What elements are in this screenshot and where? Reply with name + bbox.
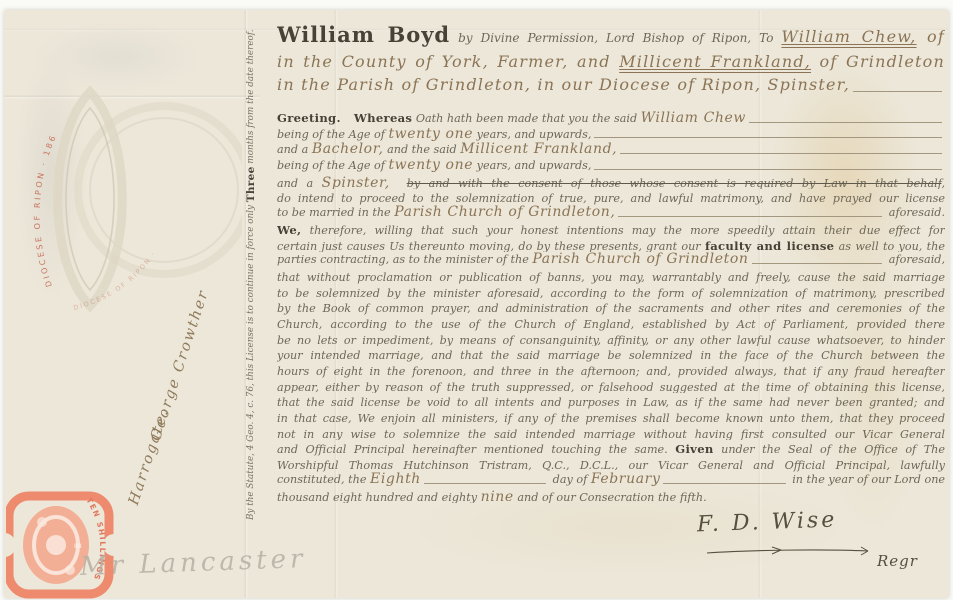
document-line: thousand eight hundred and eighty nine a… (277, 488, 945, 504)
printed-text: aforesaid, (885, 252, 945, 268)
scanned-marriage-license: { "document_type": "Marriage License", "… (0, 0, 953, 600)
blackletter-text: faculty and license (705, 239, 834, 253)
printed-text: therefore, willing that such your honest… (301, 224, 945, 237)
printed-text: parties contracting, as to the minister … (277, 252, 532, 268)
printed-text: thousand eight hundred and eighty (277, 491, 481, 504)
printed-text: months from the date thereof. (246, 29, 256, 166)
handwritten-text: Parish Church of Grindleton, (394, 205, 615, 221)
blackletter-text: We, (277, 223, 301, 237)
document-line: William Boyd by Divine Permission, Lord … (277, 20, 945, 50)
printed-text: years, and upwards, (473, 127, 591, 143)
handwritten-text: Parish Church of Grindleton (532, 252, 748, 268)
printed-text: by and with the consent of those whose c… (407, 177, 942, 190)
printed-text: that the said license be void to all int… (277, 396, 945, 409)
printed-text: years, and upwards, (473, 158, 591, 174)
printed-text: under the Seal of the Office of The (714, 443, 945, 456)
document-line: to be solemnized by the minister aforesa… (277, 284, 945, 300)
printed-text: and a (277, 142, 312, 158)
fill-rule (663, 483, 785, 484)
printed-text: aforesaid. (885, 205, 945, 221)
printed-text: and the said (384, 142, 461, 158)
document-line: parties contracting, as to the minister … (277, 252, 945, 268)
printed-text: Oath hath been made that you the said (412, 111, 640, 127)
fill-rule (594, 137, 942, 138)
document-line: being of the Age of twenty one years, an… (277, 158, 945, 174)
document-line: We, therefore, willing that such your ho… (277, 221, 945, 237)
document-line: by the Book of common prayer, and admini… (277, 299, 945, 315)
handwritten-text: February (591, 472, 661, 488)
fill-rule (618, 216, 882, 217)
document-header: William Boyd by Divine Permission, Lord … (277, 20, 945, 96)
handwritten-text: Bachelor, (312, 142, 384, 158)
document-line: and a Bachelor, and the said Millicent F… (277, 142, 945, 158)
blackletter-text: William Boyd (277, 22, 450, 47)
printed-text: hours of eight in the forenoon, and thre… (277, 365, 945, 378)
document-line: hours of eight in the forenoon, and thre… (277, 362, 945, 378)
document-main: William Boyd by Divine Permission, Lord … (277, 20, 945, 503)
printed-text: to be married in the (277, 205, 394, 221)
printed-text: and Official Principal hereinafter menti… (277, 443, 675, 456)
document-line: and a Spinster, by and with the consent … (277, 174, 945, 190)
registrar-signature: F. D. Wise (697, 504, 950, 538)
printed-text: and a (277, 177, 322, 190)
printed-text: , (941, 177, 945, 190)
printed-text: by the Book of common prayer, and admini… (277, 302, 945, 315)
printed-text: Worshipful Thomas Hutchinson Tristram, Q… (277, 459, 945, 472)
printed-text: by Divine Permission, Lord Bishop of Rip… (450, 31, 781, 45)
document-line: that without proclamation or publication… (277, 268, 945, 284)
registrar-title: Regr (877, 552, 918, 570)
rotated-owner-town: Harrogate. (126, 406, 172, 507)
signature-flourish (703, 544, 878, 558)
document-line: do intend to proceed to the solemnizatio… (277, 189, 945, 205)
handwritten-text: in the County of York, Farmer, and (277, 52, 619, 71)
document-line: and Official Principal hereinafter menti… (277, 440, 945, 456)
printed-text: being of the Age of (277, 127, 388, 143)
document-line: your intended marriage, and that the sai… (277, 346, 945, 362)
printed-text: do intend to proceed to the solemnizatio… (277, 192, 945, 205)
document-line: certain just causes Us thereunto moving,… (277, 237, 945, 253)
registrar-signature-block: F. D. Wise Regr (659, 508, 949, 592)
printed-text: Church, according to the use of the Chur… (277, 318, 945, 331)
printed-text: be no lets or impediment, by means of co… (277, 334, 945, 347)
printed-text: in that case, We enjoin all ministers, i… (277, 412, 945, 425)
printed-text: appear, either by reason of the truth su… (277, 381, 945, 394)
document-line: Church, according to the use of the Chur… (277, 315, 945, 331)
fill-rule (749, 122, 942, 123)
printed-text: and of our Consecration the fifth. (514, 491, 707, 504)
printed-text: day of (549, 472, 591, 488)
document-line: not in any wise to solemnize the said in… (277, 425, 945, 441)
printed-text: constituted, the (277, 472, 370, 488)
stamp-dot (37, 517, 47, 527)
handwritten-text: of Grindleton (811, 52, 945, 71)
document-line: Worshipful Thomas Hutchinson Tristram, Q… (277, 456, 945, 472)
handwritten-text: twenty one (388, 158, 473, 174)
printed-text: certain just causes Us thereunto moving,… (277, 240, 705, 253)
handwritten-text: William Chew, (781, 27, 916, 46)
statute-margin-note: By the Statute, 4 Geo. 4, c. 76, this Li… (241, 18, 256, 520)
stamp-ornament-core (46, 535, 66, 555)
license-document: DIOCESE OF RIPON · 186 DIOCESE OF RIPON … (4, 10, 949, 598)
ten-shillings-revenue-stamp: TEN SHILLINGS 88 (6, 490, 118, 600)
handwritten-text: in the Parish of Grindleton, in our Dioc… (277, 73, 850, 96)
fill-rule (853, 91, 942, 92)
handwritten-text: Eighth (370, 472, 421, 488)
stamp-number: 88 (74, 543, 82, 550)
document-body: Greeting. Whereas Oath hath been made th… (277, 111, 945, 503)
handwritten-text: Millicent Frankland, (460, 142, 617, 158)
document-line: Greeting. Whereas Oath hath been made th… (277, 111, 945, 127)
handwritten-text: Spinster, (322, 175, 390, 190)
handwritten-text: nine (481, 489, 514, 504)
printed-text: in the year of our Lord one (789, 472, 945, 488)
document-line: constituted, the Eighth day of February … (277, 472, 945, 488)
fill-rule (594, 169, 942, 170)
document-line: that the said license be void to all int… (277, 393, 945, 409)
printed-text: your intended marriage, and that the sai… (277, 349, 945, 362)
document-line: be no lets or impediment, by means of co… (277, 331, 945, 347)
handwritten-text: twenty one (388, 127, 473, 143)
document-line: to be married in the Parish Church of Gr… (277, 205, 945, 221)
document-line: in the County of York, Farmer, and Milli… (277, 50, 945, 73)
document-line: in the Parish of Grindleton, in our Dioc… (277, 73, 945, 96)
document-line: being of the Age of twenty one years, an… (277, 127, 945, 143)
printed-text (390, 177, 407, 190)
document-line: in that case, We enjoin all ministers, i… (277, 409, 945, 425)
blackletter-text: Whereas (354, 111, 412, 127)
printed-text: being of the Age of (277, 158, 388, 174)
fill-rule (424, 483, 546, 484)
blackletter-text: Given (675, 442, 713, 456)
fill-rule (620, 153, 942, 154)
stamp-notch-left (6, 533, 16, 557)
handwritten-text: William Chew (641, 111, 746, 127)
handwritten-text: Millicent Frankland, (619, 52, 811, 71)
printed-text: to be solemnized by the minister aforesa… (277, 287, 945, 300)
fill-rule (752, 263, 883, 264)
document-line: appear, either by reason of the truth su… (277, 378, 945, 394)
blackletter-text: Greeting. (277, 111, 354, 127)
printed-text: that without proclamation or publication… (277, 271, 945, 284)
printed-text: By the Statute, 4 Geo. 4, c. 76, this Li… (246, 202, 256, 520)
blackletter-text: Three (245, 166, 257, 202)
printed-text: not in any wise to solemnize the said in… (277, 428, 945, 441)
printed-text: as well to you, the (834, 240, 945, 253)
stamp-dot (65, 565, 75, 575)
